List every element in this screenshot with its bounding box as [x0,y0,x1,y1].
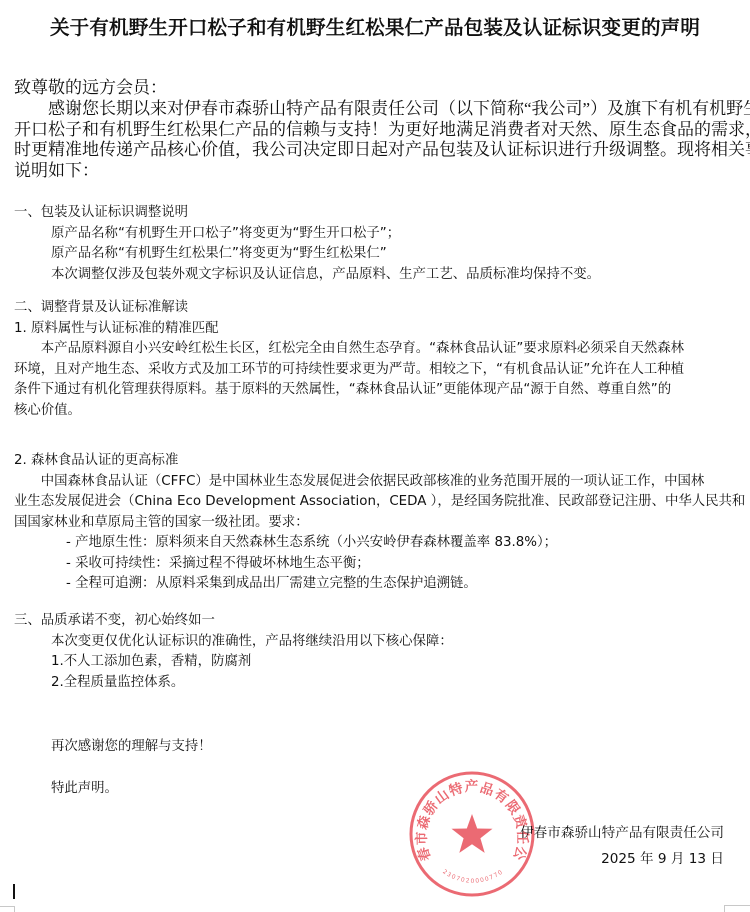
intro-line-1: 感谢您长期以来对伊春市森骄山特产品有限责任公司（以下简称“我公司”）及旗下有机有… [14,99,726,120]
svg-text:2307020000770: 2307020000770 [441,868,505,884]
salutation: 致尊敬的远方会员： [14,78,726,99]
section-2-sub2: 2. 森林食品认证的更高标准 中国森林食品认证（CFFC）是中国林业生态发展促进… [14,451,726,595]
section-2-sub1-line: 本产品原料源自小兴安岭红松生长区，红松完全由自然生态孕育。“森林食品认证”要求原… [14,339,726,360]
closing-thanks: 再次感谢您的理解与支持！ [14,737,726,758]
section-3-heading: 三、品质承诺不变，初心始终如一 [14,611,726,632]
section-2-sub1-line: 核心价值。 [14,401,726,422]
requirement-item: - 全程可追溯：从原料采集到成品出厂需建立完整的生态保护追溯链。 [14,574,726,595]
text-cursor [13,884,15,899]
page-margin-mark-left [0,906,15,912]
signature-company: 伊春市森骄山特产品有限责任公司 [520,820,724,846]
section-1-line: 原产品名称“有机野生红松果仁”将变更为“野生红松果仁” [14,244,726,265]
signature-date: 2025 年 9 月 13 日 [520,846,724,872]
section-2-sub2-line: 业生态发展促进会（China Eco Development Associati… [14,492,726,513]
document-page: 关于有机野生开口松子和有机野生红松果仁产品包装及认证标识变更的声明 致尊敬的远方… [0,0,750,912]
guarantee-item: 2.全程质量监控体系。 [14,673,726,694]
section-1-line: 原产品名称“有机野生开口松子”将变更为“野生开口松子”； [14,224,726,245]
section-1: 一、包装及认证标识调整说明 原产品名称“有机野生开口松子”将变更为“野生开口松子… [14,203,726,285]
section-2-sub1-line: 环境，且对产地生态、采收方式及加工环节的可持续性要求更为严苛。相较之下，“有机食… [14,360,726,381]
section-2-sub2-line: 中国森林食品认证（CFFC）是中国林业生态发展促进会依据民政部核准的业务范围开展… [14,472,726,493]
guarantee-item: 1.不人工添加色素，香精，防腐剂 [14,652,726,673]
intro-line-2: 开口松子和有机野生红松果仁产品的信赖与支持！为更好地满足消费者对天然、原生态食品… [14,120,726,141]
intro-block: 致尊敬的远方会员： 感谢您长期以来对伊春市森骄山特产品有限责任公司（以下简称“我… [14,78,726,182]
section-2-sub2-heading: 2. 森林食品认证的更高标准 [14,451,726,472]
document-title: 关于有机野生开口松子和有机野生红松果仁产品包装及认证标识变更的声明 [0,12,750,40]
section-2-heading: 二、调整背景及认证标准解读 [14,298,726,319]
requirement-item: - 采收可持续性：采摘过程不得破坏林地生态平衡； [14,554,726,575]
svg-text:伊春市森骄山特产品有限责任公司: 伊春市森骄山特产品有限责任公司 [408,770,531,863]
signature-block: 伊春市森骄山特产品有限责任公司 2025 年 9 月 13 日 [520,820,724,872]
section-2: 二、调整背景及认证标准解读 1. 原料属性与认证标准的精准匹配 本产品原料源自小… [14,298,726,421]
section-2-sub1-heading: 1. 原料属性与认证标准的精准匹配 [14,319,726,340]
section-3-lead: 本次变更仅优化认证标识的准确性，产品将继续沿用以下核心保障： [14,632,726,653]
section-2-sub1-line: 条件下通过有机化管理获得原料。基于原料的天然属性，“森林食品认证”更能体现产品“… [14,380,726,401]
closing-block: 再次感谢您的理解与支持！ [14,737,726,758]
intro-line-4: 说明如下： [14,161,726,182]
section-1-heading: 一、包装及认证标识调整说明 [14,203,726,224]
section-1-line: 本次调整仅涉及包装外观文字标识及认证信息，产品原料、生产工艺、品质标准均保持不变… [14,265,726,286]
intro-line-3: 时更精准地传递产品核心价值，我公司决定即日起对产品包装及认证标识进行升级调整。现… [14,140,726,161]
section-2-sub2-line: 国国家林业和草原局主管的国家一级社团。要求： [14,513,726,534]
requirement-item: - 产地原生性：原料须来自天然森林生态系统（小兴安岭伊春森林覆盖率 83.8%）… [14,533,726,554]
declaration-block: 特此声明。 [14,779,726,800]
declaration: 特此声明。 [14,779,726,800]
page-margin-mark-right [724,905,750,912]
section-3: 三、品质承诺不变，初心始终如一 本次变更仅优化认证标识的准确性，产品将继续沿用以… [14,611,726,693]
company-seal-icon: 伊春市森骄山特产品有限责任公司 2307020000770 [408,770,536,898]
